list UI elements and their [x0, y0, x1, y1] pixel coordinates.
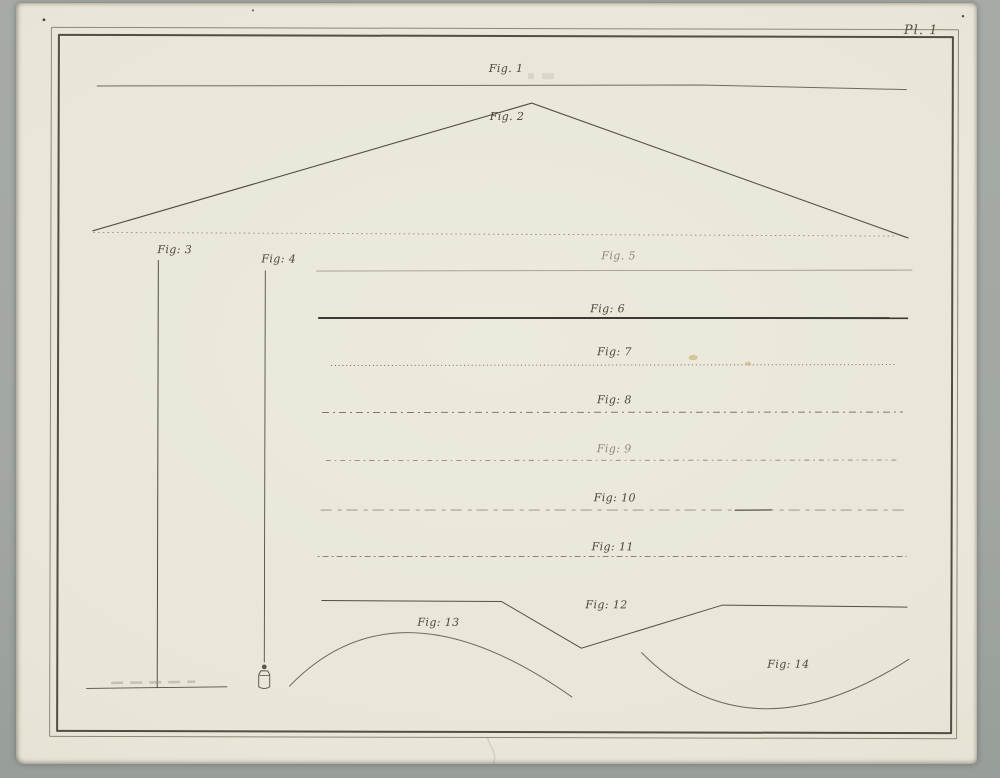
fig-14-label: Fig: 14: [767, 658, 809, 671]
fig-8-line: [322, 411, 903, 415]
fig-4-label: Fig: 4: [261, 252, 296, 265]
fig-5-line: [316, 269, 912, 273]
fig-8-label: Fig: 8: [597, 393, 632, 406]
plate-content: Fig. 1 Fig. 2 Fig: 3 Fig: 4 Fig. 5 Fig: …: [0, 0, 1000, 778]
fig-10-line: [321, 509, 907, 512]
fig-5-label: Fig. 5: [601, 249, 636, 262]
fig-11-label: Fig: 11: [592, 540, 634, 553]
fig-12-label: Fig: 12: [585, 598, 627, 611]
fig-3-vertical-line: [86, 260, 228, 689]
fig-3-label: Fig: 3: [157, 243, 192, 256]
fig-4-plumb-line: [259, 270, 271, 688]
fig-7-label: Fig: 7: [597, 345, 632, 358]
scan-background: Fig. 1 Fig. 2 Fig: 3 Fig: 4 Fig. 5 Fig: …: [0, 0, 1000, 778]
fig-1-label: Fig. 1: [489, 62, 524, 75]
fig-6-label: Fig: 6: [590, 302, 625, 315]
fig-9-label: Fig: 9: [597, 442, 632, 455]
ghost-print-marks: [528, 73, 574, 79]
plumb-bob: [259, 671, 270, 689]
plate-number-label: Pl. 1: [904, 23, 938, 38]
fig-6-line: [318, 317, 908, 320]
fig-13-convex-arc: [289, 632, 572, 697]
fig-7-line: [331, 363, 896, 367]
fig-11-line: [318, 555, 907, 558]
fig-2-label: Fig. 2: [490, 110, 525, 123]
fig-9-line: [326, 459, 900, 463]
fig-13-label: Fig: 13: [417, 616, 459, 629]
fig-10-label: Fig: 10: [594, 491, 636, 504]
plumb-knot: [262, 664, 267, 669]
fig-1-line: [97, 83, 907, 89]
